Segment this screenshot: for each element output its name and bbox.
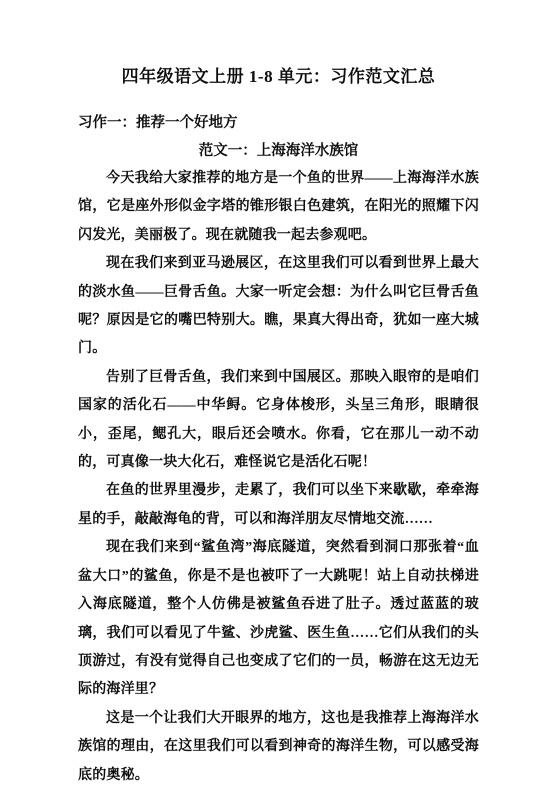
essay-body: 今天我给大家推荐的地方是一个鱼的世界——上海海洋水族馆，它是座外形似金字塔的锥形… — [78, 165, 479, 785]
paragraph-china-zone: 告别了巨骨舌鱼，我们来到中国展区。那映入眼帘的是咱们国家的活化石——中华鲟。它身… — [78, 364, 479, 478]
section-heading-exercise-one: 习作一：推荐一个好地方 — [78, 109, 479, 137]
paragraph-conclusion: 这是一个让我们大开眼界的地方，这也是我推荐上海海洋水族馆的理由，在这里我们可以看… — [78, 705, 479, 785]
paragraph-shark-bay-tunnel: 现在我们来到“鲨鱼湾”海底隧道，突然看到洞口那张着“血盆大口”的鲨鱼，你是不是也… — [78, 534, 479, 704]
paragraph-rest-area: 在鱼的世界里漫步，走累了，我们可以坐下来歇歇，牵牵海星的手，敲敲海龟的背，可以和… — [78, 477, 479, 534]
document-page: 四年级语文上册 1-8 单元：习作范文汇总 习作一：推荐一个好地方 范文一：上海… — [0, 0, 555, 785]
paragraph-amazon-zone: 现在我们来到亚马逊展区，在这里我们可以看到世界上最大的淡水鱼——巨骨舌鱼。大家一… — [78, 250, 479, 364]
essay-title-model-essay-one: 范文一：上海海洋水族馆 — [78, 137, 479, 165]
paragraph-intro: 今天我给大家推荐的地方是一个鱼的世界——上海海洋水族馆，它是座外形似金字塔的锥形… — [78, 165, 479, 250]
document-title: 四年级语文上册 1-8 单元：习作范文汇总 — [78, 67, 479, 87]
